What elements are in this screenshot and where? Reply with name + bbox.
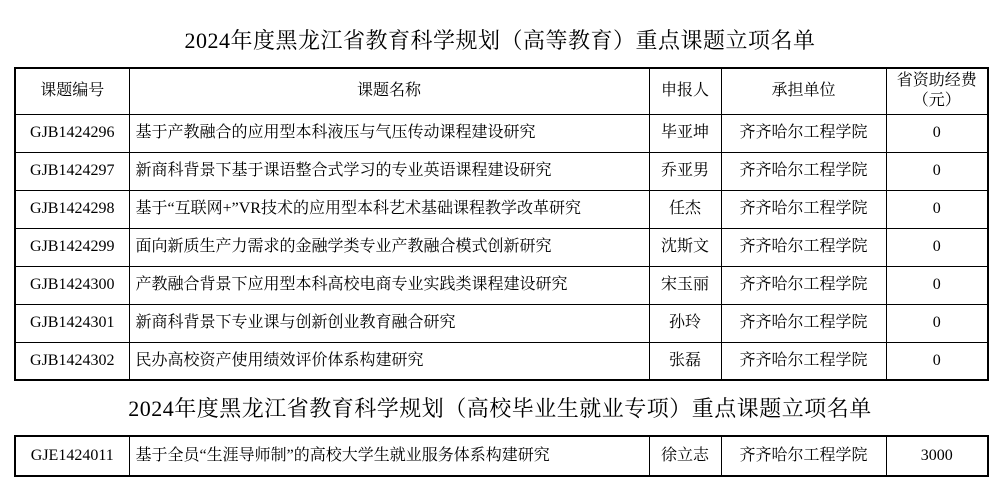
column-header-applicant: 申报人 (649, 68, 721, 114)
table-cell: 任杰 (649, 190, 721, 228)
section1-title: 2024年度黑龙江省教育科学规划（高等教育）重点课题立项名单 (0, 0, 1000, 56)
section2-table-body: GJE1424011基于全员“生涯导师制”的高校大学生就业服务体系构建研究徐立志… (15, 436, 988, 476)
table-cell: 0 (886, 304, 988, 342)
table-cell: 基于“互联网+”VR技术的应用型本科艺术基础课程教学改革研究 (129, 190, 649, 228)
column-header-undertaking-unit: 承担单位 (721, 68, 886, 114)
table-row: GJB1424302民办高校资产使用绩效评价体系构建研究张磊齐齐哈尔工程学院0 (15, 342, 988, 380)
header-row: 课题编号 课题名称 申报人 承担单位 省资助经费（元） (15, 68, 988, 114)
table-cell: 新商科背景下基于课语整合式学习的专业英语课程建设研究 (129, 152, 649, 190)
table-cell: 0 (886, 228, 988, 266)
table-row: GJB1424298基于“互联网+”VR技术的应用型本科艺术基础课程教学改革研究… (15, 190, 988, 228)
column-header-project-code: 课题编号 (15, 68, 129, 114)
table-cell: 宋玉丽 (649, 266, 721, 304)
table-row: GJB1424299面向新质生产力需求的金融学类专业产教融合模式创新研究沈斯文齐… (15, 228, 988, 266)
table-cell: 基于全员“生涯导师制”的高校大学生就业服务体系构建研究 (129, 436, 649, 476)
table-cell: 0 (886, 342, 988, 380)
table-cell: 齐齐哈尔工程学院 (721, 436, 886, 476)
table-cell: 齐齐哈尔工程学院 (721, 342, 886, 380)
table-cell: 3000 (886, 436, 988, 476)
section2-title: 2024年度黑龙江省教育科学规划（高校毕业生就业专项）重点课题立项名单 (0, 381, 1000, 424)
table-cell: 齐齐哈尔工程学院 (721, 114, 886, 152)
table-cell: GJB1424300 (15, 266, 129, 304)
table-cell: 毕亚坤 (649, 114, 721, 152)
table-cell: 齐齐哈尔工程学院 (721, 304, 886, 342)
table-row: GJE1424011基于全员“生涯导师制”的高校大学生就业服务体系构建研究徐立志… (15, 436, 988, 476)
column-header-provincial-funding: 省资助经费（元） (886, 68, 988, 114)
table-cell: GJB1424298 (15, 190, 129, 228)
table-cell: 孙玲 (649, 304, 721, 342)
table-cell: 面向新质生产力需求的金融学类专业产教融合模式创新研究 (129, 228, 649, 266)
table-cell: GJB1424297 (15, 152, 129, 190)
section1-table-body: GJB1424296基于产教融合的应用型本科液压与气压传动课程建设研究毕亚坤齐齐… (15, 114, 988, 380)
table-cell: 产教融合背景下应用型本科高校电商专业实践类课程建设研究 (129, 266, 649, 304)
table-row: GJB1424297新商科背景下基于课语整合式学习的专业英语课程建设研究乔亚男齐… (15, 152, 988, 190)
table-cell: 齐齐哈尔工程学院 (721, 266, 886, 304)
table-cell: GJE1424011 (15, 436, 129, 476)
table-cell: 徐立志 (649, 436, 721, 476)
table-row: GJB1424296基于产教融合的应用型本科液压与气压传动课程建设研究毕亚坤齐齐… (15, 114, 988, 152)
table-cell: 0 (886, 190, 988, 228)
column-header-project-name: 课题名称 (129, 68, 649, 114)
table-cell: 0 (886, 114, 988, 152)
table-cell: 新商科背景下专业课与创新创业教育融合研究 (129, 304, 649, 342)
table-cell: GJB1424296 (15, 114, 129, 152)
table-cell: 民办高校资产使用绩效评价体系构建研究 (129, 342, 649, 380)
table-cell: 沈斯文 (649, 228, 721, 266)
table-cell: 齐齐哈尔工程学院 (721, 190, 886, 228)
table-cell: 齐齐哈尔工程学院 (721, 228, 886, 266)
table-row: GJB1424301新商科背景下专业课与创新创业教育融合研究孙玲齐齐哈尔工程学院… (15, 304, 988, 342)
document-page: 2024年度黑龙江省教育科学规划（高等教育）重点课题立项名单 课题编号 课题名称… (0, 0, 1000, 488)
table-cell: 齐齐哈尔工程学院 (721, 152, 886, 190)
table-cell: GJB1424301 (15, 304, 129, 342)
table-row: GJB1424300产教融合背景下应用型本科高校电商专业实践类课程建设研究宋玉丽… (15, 266, 988, 304)
section2-projects-table: GJE1424011基于全员“生涯导师制”的高校大学生就业服务体系构建研究徐立志… (14, 435, 989, 477)
table-cell: 0 (886, 152, 988, 190)
section1-projects-table: 课题编号 课题名称 申报人 承担单位 省资助经费（元） GJB1424296基于… (14, 67, 989, 381)
table-cell: GJB1424302 (15, 342, 129, 380)
table-cell: 乔亚男 (649, 152, 721, 190)
table-cell: 0 (886, 266, 988, 304)
table-cell: 张磊 (649, 342, 721, 380)
table-cell: 基于产教融合的应用型本科液压与气压传动课程建设研究 (129, 114, 649, 152)
table-cell: GJB1424299 (15, 228, 129, 266)
